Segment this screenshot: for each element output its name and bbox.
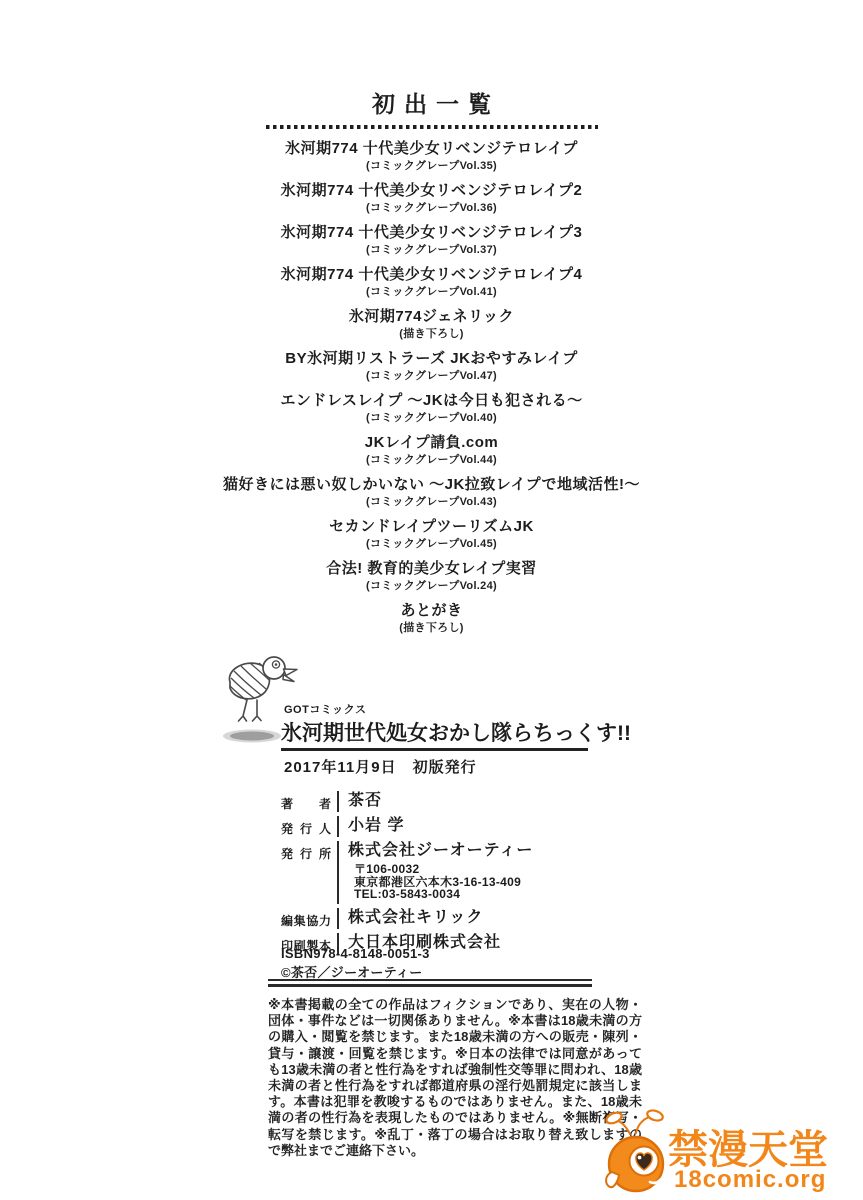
entry-title: 合法! 教育的美少女レイプ実習 <box>0 559 863 579</box>
entry-title: 氷河期774 十代美少女リベンジテロレイプ2 <box>0 181 863 201</box>
entry-title: JKレイプ請負.com <box>0 433 863 453</box>
publication-entry: 氷河期774 十代美少女リベンジテロレイプ2 (コミックグレープVol.36) <box>0 181 863 215</box>
credit-value: 小岩 学 <box>348 816 404 836</box>
credit-separator <box>337 908 339 929</box>
entry-source: (コミックグレープVol.35) <box>0 160 863 173</box>
credits-block: 著者 茶否 発行人 小岩 学 発行所 株式会社ジーオーティー 〒106-0032… <box>281 791 533 958</box>
entry-source: (コミックグレープVol.24) <box>0 580 863 593</box>
credit-value: 株式会社ジーオーティー <box>348 841 533 861</box>
entry-source: (描き下ろし) <box>0 622 863 635</box>
credit-role: 著者 <box>281 791 331 812</box>
publication-entry: 氷河期774ジェネリック (描き下ろし) <box>0 307 863 341</box>
entry-source: (コミックグレープVol.47) <box>0 370 863 383</box>
title-underline <box>281 748 588 751</box>
publication-entry: 合法! 教育的美少女レイプ実習 (コミックグレープVol.24) <box>0 559 863 593</box>
publication-entry: セカンドレイプツーリズムJK (コミックグレープVol.45) <box>0 517 863 551</box>
entry-source: (コミックグレープVol.44) <box>0 454 863 467</box>
credit-separator <box>337 791 339 812</box>
credit-separator <box>337 816 339 837</box>
watermark-site-url: 18comic.org <box>674 1166 826 1194</box>
credit-row-author: 著者 茶否 <box>281 791 533 812</box>
credit-value: 株式会社キリック <box>348 908 483 928</box>
publication-entry: 氷河期774 十代美少女リベンジテロレイプ (コミックグレープVol.35) <box>0 139 863 173</box>
entry-title: BY氷河期リストラーズ JKおやすみレイプ <box>0 349 863 369</box>
entry-source: (コミックグレープVol.37) <box>0 244 863 257</box>
imprint-label: GOTコミックス <box>284 701 367 717</box>
credit-role: 編集協力 <box>281 908 331 929</box>
colophon-page: 初出一覧 氷河期774 十代美少女リベンジテロレイプ (コミックグレープVol.… <box>0 0 863 1200</box>
credit-row-publisher-person: 発行人 小岩 学 <box>281 816 533 837</box>
publication-entry: 猫好きには悪い奴しかいない ～JK拉致レイプで地域活性!～ (コミックグレープV… <box>0 475 863 509</box>
entry-source: (コミックグレープVol.36) <box>0 202 863 215</box>
entry-title: 氷河期774 十代美少女リベンジテロレイプ4 <box>0 265 863 285</box>
double-rule-divider <box>268 979 592 987</box>
publisher-address: 〒106-0032 東京都港区六本木3-16-13-409 TEL:03-584… <box>348 863 533 901</box>
publication-entry: 氷河期774 十代美少女リベンジテロレイプ4 (コミックグレープVol.41) <box>0 265 863 299</box>
entry-source: (コミックグレープVol.43) <box>0 496 863 509</box>
credit-row-publisher-company: 発行所 株式会社ジーオーティー 〒106-0032 東京都港区六本木3-16-1… <box>281 841 533 904</box>
credit-value: 茶否 <box>348 791 382 811</box>
entry-source: (コミックグレープVol.40) <box>0 412 863 425</box>
dotted-divider <box>266 125 598 129</box>
phone-line: TEL:03-5843-0034 <box>354 888 533 901</box>
entry-source: (コミックグレープVol.45) <box>0 538 863 551</box>
credit-separator <box>337 841 339 904</box>
credit-role: 発行人 <box>281 816 331 837</box>
publication-entry: BY氷河期リストラーズ JKおやすみレイプ (コミックグレープVol.47) <box>0 349 863 383</box>
publication-entry: エンドレスレイプ ～JKは今日も犯される～ (コミックグレープVol.40) <box>0 391 863 425</box>
publication-entry: JKレイプ請負.com (コミックグレープVol.44) <box>0 433 863 467</box>
publication-entry: 氷河期774 十代美少女リベンジテロレイプ3 (コミックグレープVol.37) <box>0 223 863 257</box>
entry-title: 氷河期774ジェネリック <box>0 307 863 327</box>
entry-title: エンドレスレイプ ～JKは今日も犯される～ <box>0 391 863 411</box>
isbn: ISBN978-4-8148-0051-3 <box>281 946 430 961</box>
book-title: 氷河期世代処女おかし隊らちっくす!! <box>281 717 631 747</box>
disclaimer-text: ※本書掲載の全ての作品はフィクションであり、実在の人物・団体・事件などは一切関係… <box>268 997 642 1159</box>
publication-entry: あとがき (描き下ろし) <box>0 601 863 635</box>
first-publication-section: 初出一覧 氷河期774 十代美少女リベンジテロレイプ (コミックグレープVol.… <box>0 90 863 643</box>
entry-title: セカンドレイプツーリズムJK <box>0 517 863 537</box>
first-publication-list: 氷河期774 十代美少女リベンジテロレイプ (コミックグレープVol.35) 氷… <box>0 139 863 635</box>
credit-role: 発行所 <box>281 841 331 904</box>
entry-title: 猫好きには悪い奴しかいない ～JK拉致レイプで地域活性!～ <box>0 475 863 495</box>
edition-date: 2017年11月9日 初版発行 <box>284 756 477 777</box>
entry-title: あとがき <box>0 601 863 621</box>
entry-source: (コミックグレープVol.41) <box>0 286 863 299</box>
credit-row-editing: 編集協力 株式会社キリック <box>281 908 533 929</box>
postal-code: 〒106-0032 <box>354 863 533 876</box>
first-publication-heading: 初出一覧 <box>0 90 863 118</box>
mascot-icon <box>604 1108 672 1200</box>
entry-source: (描き下ろし) <box>0 328 863 341</box>
entry-title: 氷河期774 十代美少女リベンジテロレイプ3 <box>0 223 863 243</box>
entry-title: 氷河期774 十代美少女リベンジテロレイプ <box>0 139 863 159</box>
